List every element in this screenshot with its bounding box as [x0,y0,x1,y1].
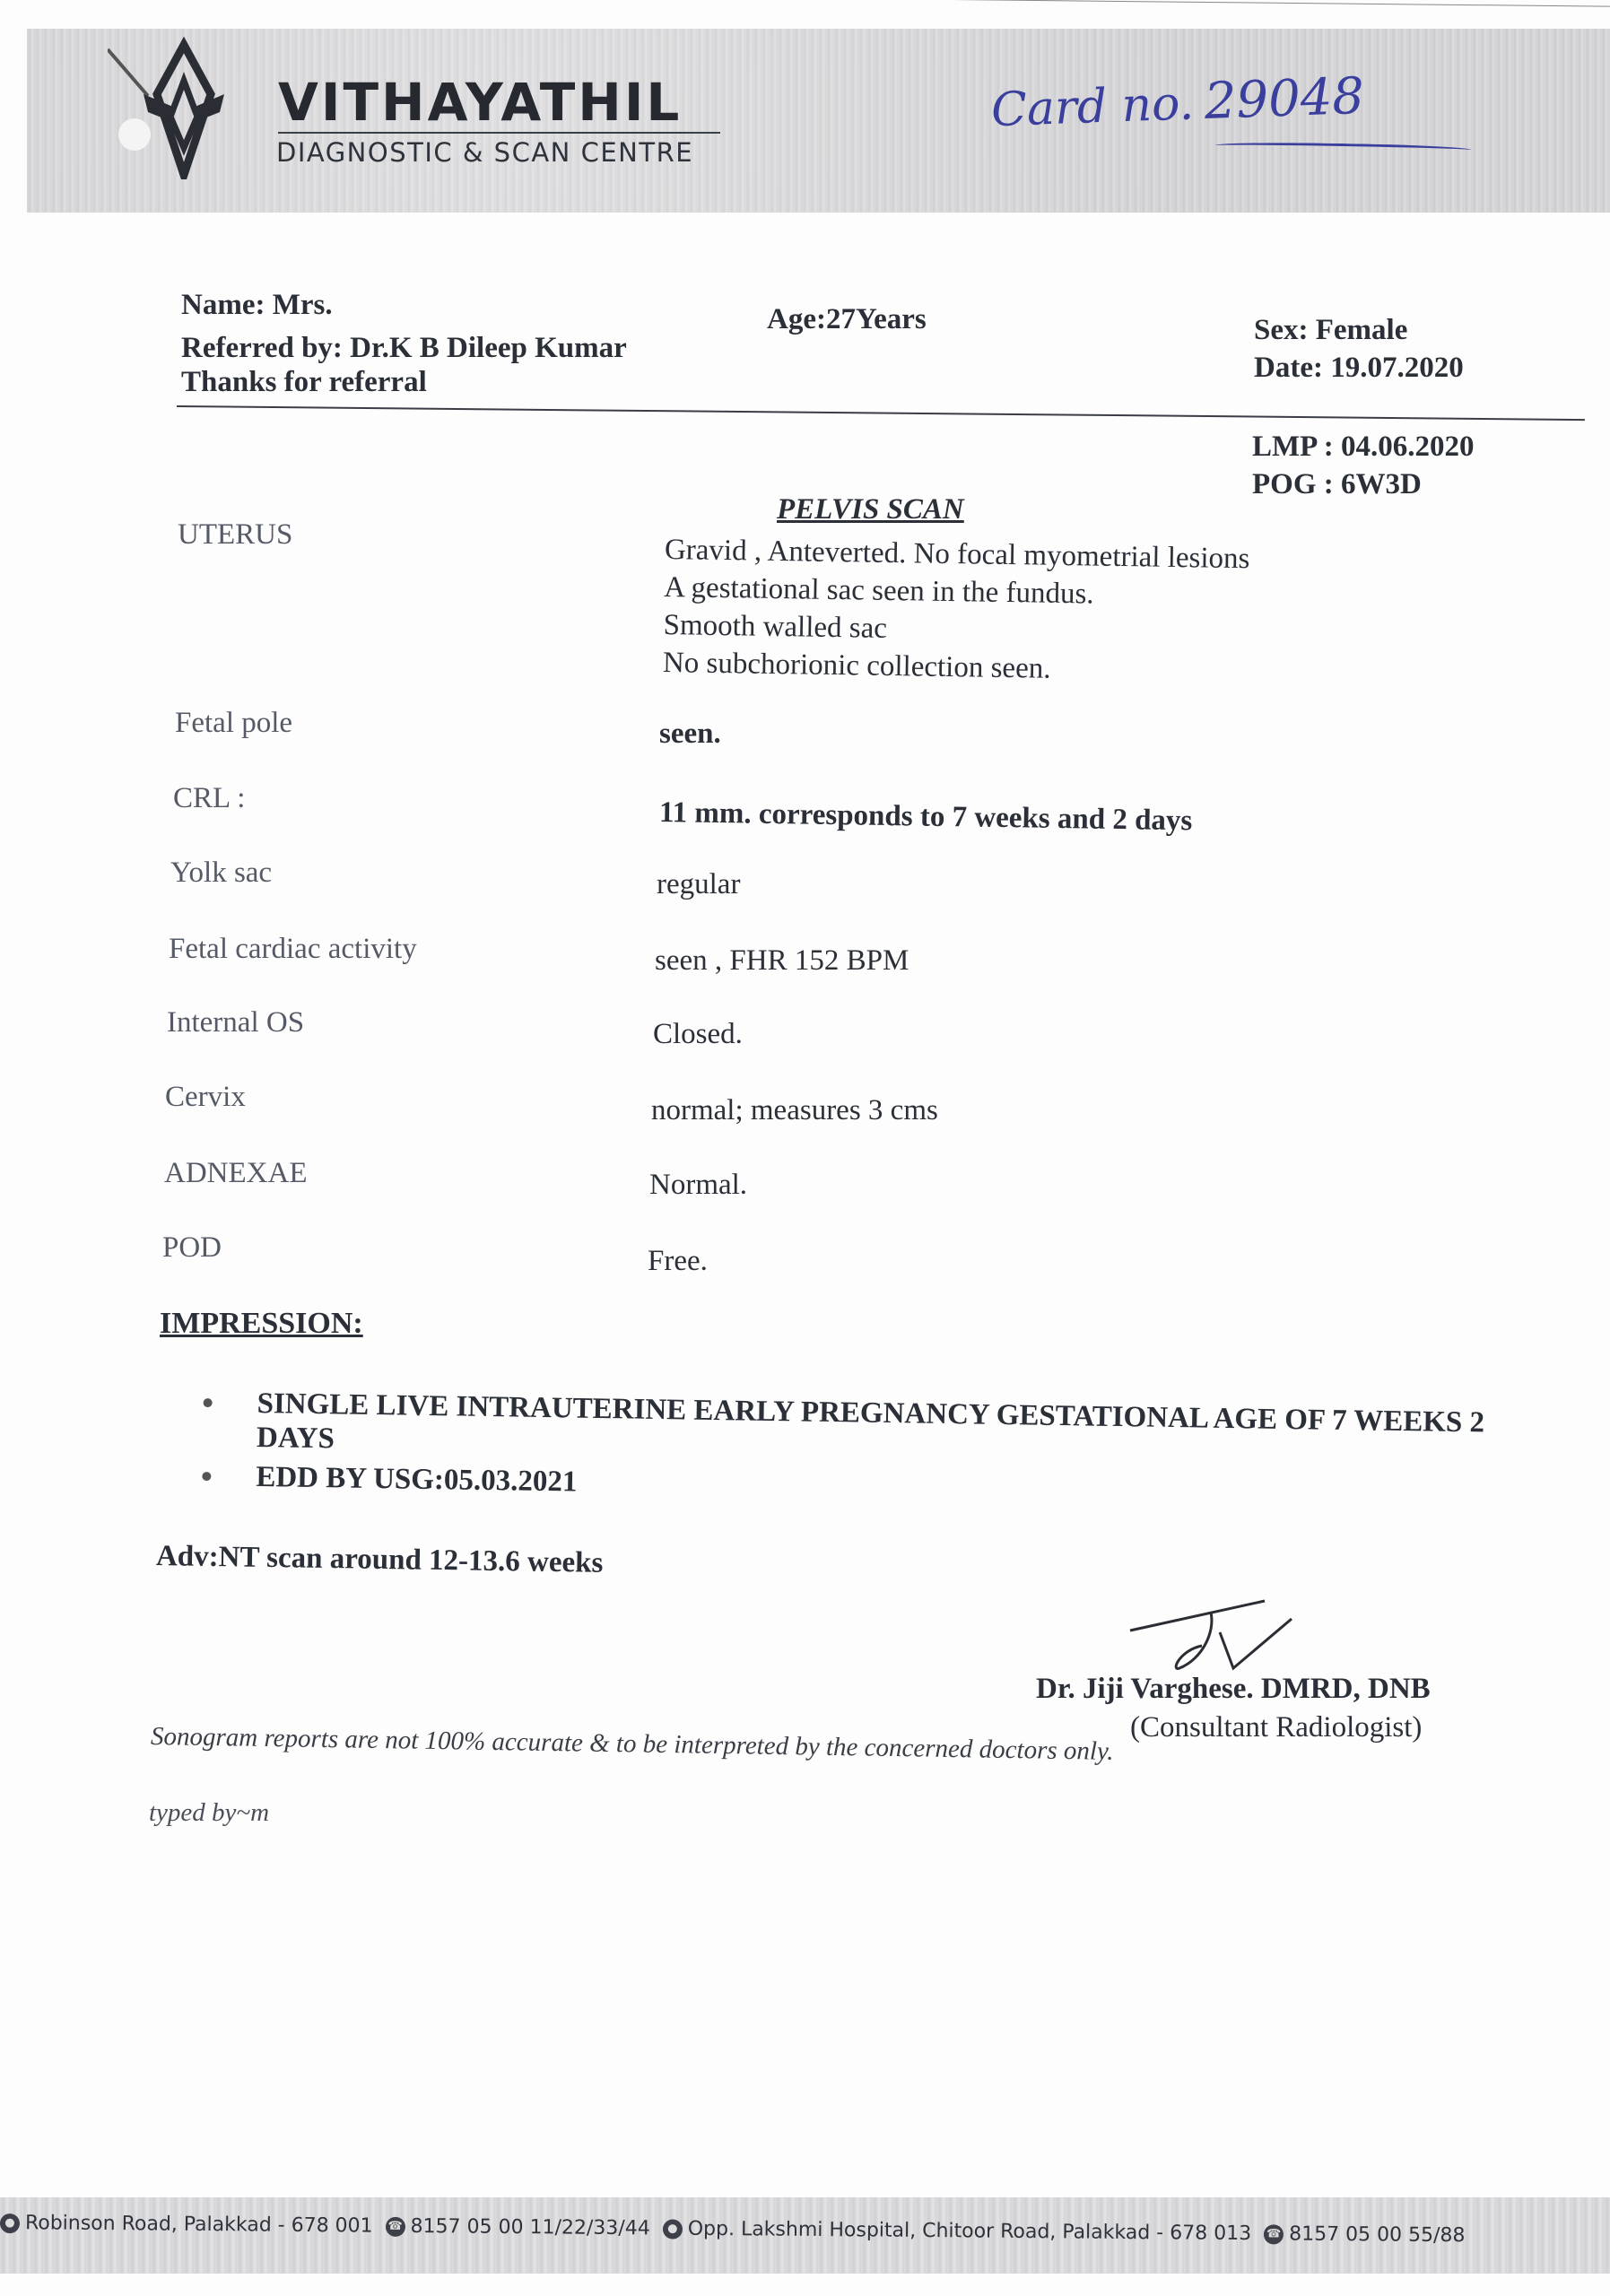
location-pin-icon: ● [663,2219,683,2239]
name-label: Name: Mrs. [181,289,333,321]
patient-age: Age:27Years [767,303,927,336]
page-edge-line [807,0,1610,7]
report-title: PELVIS SCAN [777,493,964,526]
yolk-sac-value: regular [657,868,740,901]
impression-item: SINGLE LIVE INTRAUTERINE EARLY PREGNANCY… [203,1386,1504,1474]
brand-divider [278,132,720,134]
phone-icon: ☎ [1264,2224,1284,2244]
thanks-for-referral: Thanks for referral [181,366,427,399]
crl-label: CRL : [173,782,245,815]
fetal-cardiac-activity-label: Fetal cardiac activity [169,933,417,966]
footer-phone-1: 8157 05 00 11/22/33/44 [410,2215,649,2239]
fetal-cardiac-activity-value: seen , FHR 152 BPM [655,944,909,978]
fetal-pole-label: Fetal pole [175,707,292,740]
phone-icon: ☎ [386,2216,405,2236]
fetal-pole-value: seen. [659,717,721,751]
typed-by: typed by~m [149,1798,269,1828]
cervix-value: normal; measures 3 cms [651,1094,938,1127]
location-pin-icon: ● [0,2213,20,2233]
pog: POG : 6W3D [1252,468,1422,501]
pod-value: Free. [648,1245,708,1278]
disclaimer: Sonogram reports are not 100% accurate &… [151,1722,1114,1767]
uterus-label: UTERUS [178,518,292,552]
yolk-sac-label: Yolk sac [170,857,272,890]
radiologist-name: Dr. Jiji Varghese. DMRD, DNB [1036,1673,1431,1706]
uterus-findings: Gravid , Anteverted. No focal myometrial… [663,531,1250,691]
letterhead-band [27,29,1610,213]
bullet-icon [204,1398,213,1407]
crl-value: 11 mm. corresponds to 7 weeks and 2 days [659,796,1193,838]
internal-os-label: Internal OS [167,1006,304,1039]
footer-address-1: Robinson Road, Palakkad - 678 001 [25,2212,373,2237]
adnexae-value: Normal. [649,1169,747,1202]
advice: Adv:NT scan around 12-13.6 weeks [156,1540,604,1580]
patient-sex: Sex: Female [1254,314,1407,347]
card-label: Card no. [990,76,1195,137]
bullet-icon [202,1472,211,1481]
patient-name: Name: Mrs. [181,289,333,322]
diamond-wing-logo-icon [108,31,260,179]
report-date: Date: 19.07.2020 [1254,352,1464,385]
cervix-label: Cervix [165,1081,246,1114]
adnexae-label: ADNEXAE [164,1157,307,1190]
internal-os-value: Closed. [653,1018,743,1051]
header-divider [177,405,1585,421]
footer-phone-2: 8157 05 00 55/88 [1289,2223,1466,2248]
radiologist-role: (Consultant Radiologist) [1130,1711,1422,1744]
brand-subtitle: DIAGNOSTIC & SCAN CENTRE [276,137,693,168]
uterus-finding: No subchorionic collection seen. [663,644,1249,691]
impression-heading: IMPRESSION: [160,1307,363,1341]
pod-label: POD [162,1231,222,1265]
card-number: 29048 [1204,67,1365,131]
referred-by: Referred by: Dr.K B Dileep Kumar [181,332,627,365]
impression-list: SINGLE LIVE INTRAUTERINE EARLY PREGNANCY… [202,1386,1504,1514]
brand-name: VITHAYATHIL [278,72,682,133]
lmp: LMP : 04.06.2020 [1252,430,1474,464]
